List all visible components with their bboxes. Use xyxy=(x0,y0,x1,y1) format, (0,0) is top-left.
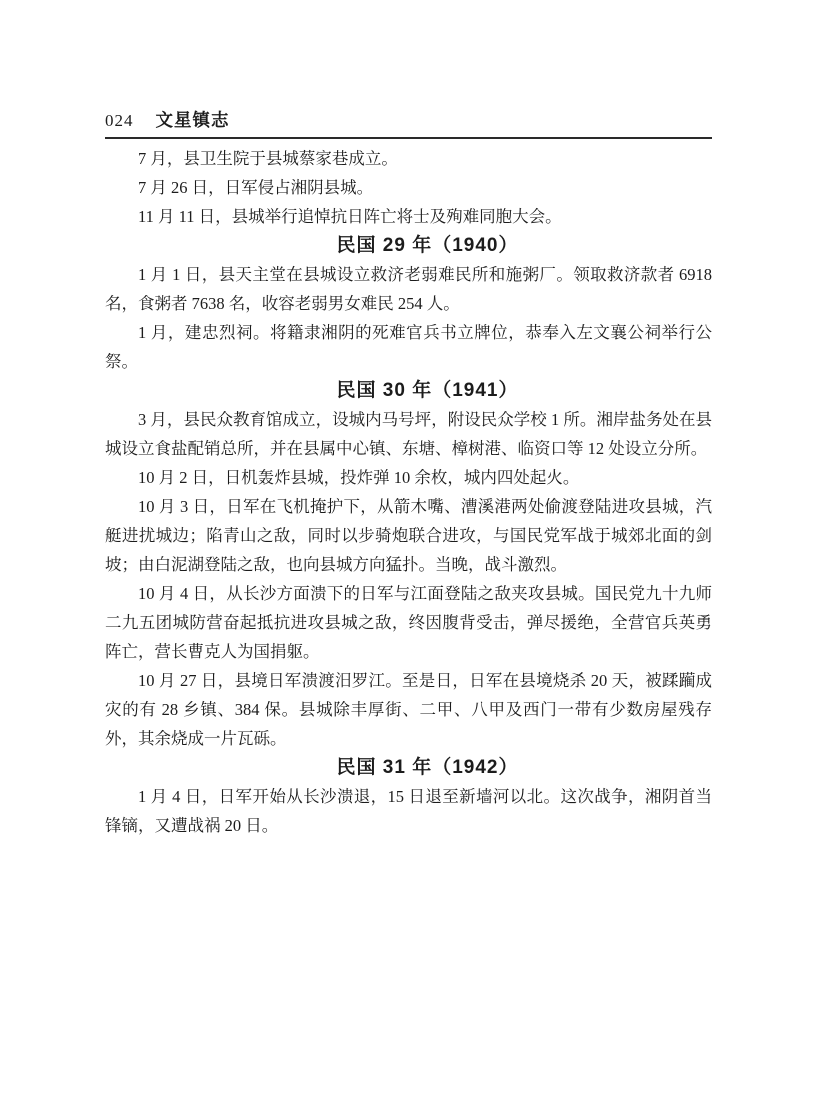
paragraph: 10 月 4 日，从长沙方面溃下的日军与江面登陆之敌夹攻县城。国民党九十九师二九… xyxy=(105,579,712,666)
paragraph: 7 月，县卫生院于县城蔡家巷成立。 xyxy=(105,144,712,173)
paragraph: 10 月 27 日，县境日军溃渡汨罗江。至是日，日军在县境烧杀 20 天，被蹂躏… xyxy=(105,666,712,753)
section-heading-1940: 民国 29 年（1940） xyxy=(105,231,712,260)
paragraph: 10 月 2 日，日机轰炸县城，投炸弹 10 余枚，城内四处起火。 xyxy=(105,463,712,492)
section-heading-1941: 民国 30 年（1941） xyxy=(105,376,712,405)
paragraph: 1 月，建忠烈祠。将籍隶湘阴的死难官兵书立牌位，恭奉入左文襄公祠举行公祭。 xyxy=(105,318,712,376)
paragraph: 7 月 26 日，日军侵占湘阴县城。 xyxy=(105,173,712,202)
page-header: 024 文星镇志 xyxy=(105,107,712,139)
section-heading-1942: 民国 31 年（1942） xyxy=(105,753,712,782)
book-page: 024 文星镇志 7 月，县卫生院于县城蔡家巷成立。 7 月 26 日，日军侵占… xyxy=(0,0,816,1099)
book-title: 文星镇志 xyxy=(156,107,230,132)
paragraph: 11 月 11 日，县城举行追悼抗日阵亡将士及殉难同胞大会。 xyxy=(105,202,712,231)
page-number: 024 xyxy=(105,111,134,131)
paragraph: 1 月 4 日，日军开始从长沙溃退，15 日退至新墙河以北。这次战争，湘阴首当锋… xyxy=(105,782,712,840)
page-content: 7 月，县卫生院于县城蔡家巷成立。 7 月 26 日，日军侵占湘阴县城。 11 … xyxy=(105,144,712,840)
paragraph: 3 月，县民众教育馆成立，设城内马号坪，附设民众学校 1 所。湘岸盐务处在县城设… xyxy=(105,405,712,463)
paragraph: 10 月 3 日，日军在飞机掩护下，从箭木嘴、漕溪港两处偷渡登陆进攻县城，汽艇进… xyxy=(105,492,712,579)
paragraph: 1 月 1 日，县天主堂在县城设立救济老弱难民所和施粥厂。领取救济款者 6918… xyxy=(105,260,712,318)
